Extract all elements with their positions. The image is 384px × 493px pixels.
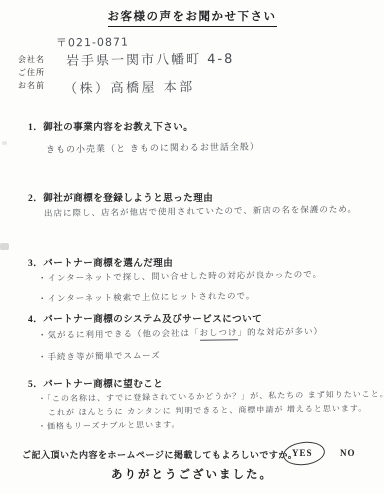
customer-feedback-form-scan: お客様の声をお聞かせ下さい 〒021-0871 会社名 ご住所 お名前 岩手県一… xyxy=(0,0,384,493)
publish-consent-question: ご記入頂いた内容をホームページに掲載してもよろしいですか。 xyxy=(22,448,297,461)
question-5-label: 5．パートナー商標に望むこと xyxy=(28,376,163,390)
question-3-label: 3．パートナー商標を選んだ理由 xyxy=(28,255,173,269)
thanks-message: ありがとうございました。 xyxy=(0,466,384,482)
q4-answer-underlined-word: おしつけ xyxy=(199,328,237,341)
question-1-answer: きもの小売業（と きものに関わるお世話全般） xyxy=(46,140,260,156)
form-title: お客様の声をお聞かせ下さい xyxy=(0,8,384,27)
question-1-label: 1．御社の事業内容をお教え下さい。 xyxy=(28,119,193,133)
scan-artifact xyxy=(2,141,7,145)
question-4-answer-1: ・気がるに利用できる（他の会社は「おしつけ」的な対応が多い） xyxy=(38,325,323,341)
question-2-label: 2．御社が商標を登録しようと思った理由 xyxy=(28,190,213,204)
question-4-answer-2: ・手続き等が簡単でスムーズ xyxy=(38,349,161,363)
no-label: NO xyxy=(340,448,356,458)
form-title-text: お客様の声をお聞かせ下さい xyxy=(108,8,277,27)
no-option: NO xyxy=(340,448,356,458)
label-name: お名前 xyxy=(18,79,45,92)
question-5-answer-2: ・価格もリーズナブルと思います。 xyxy=(38,419,181,432)
question-2-answer: 出店に際し、店名が他店で使用されていたので、新店の名を保護のため。 xyxy=(44,203,357,219)
postal-code-handwritten: 〒021-0871 xyxy=(56,33,129,50)
company-name-handwritten: （株）高橋屋 本部 xyxy=(64,76,195,97)
address-handwritten: 岩手県一関市八幡町 4-8 xyxy=(66,48,235,69)
yes-option: YES xyxy=(292,448,313,458)
label-company-name: 会社名 xyxy=(18,53,45,66)
q4-answer-post: 」的な対応が多い） xyxy=(237,327,323,338)
label-address: ご住所 xyxy=(18,66,45,79)
question-3-answer-1: ・インターネットで探し、問い合せした時の対応が良かったので。 xyxy=(38,268,322,284)
question-5-answer-1: ・「この名称は、すでに登録されているかどうか？」が、私たちの まず知りたいこと。 xyxy=(38,389,384,405)
question-5-answer-1-continued: これが ほんとうに カンタンに 判明できると、商標申請が 増えると思います。 xyxy=(48,403,367,418)
scan-artifact xyxy=(0,243,9,250)
q4-answer-pre: ・気がるに利用できる（他の会社は「 xyxy=(38,329,200,341)
info-label-column: 会社名 ご住所 お名前 xyxy=(18,53,45,92)
yes-circled-mark xyxy=(282,440,326,468)
question-4-label: 4．パートナー商標のシステム及びサービスについて xyxy=(28,311,262,325)
question-3-answer-2: ・インターネット検索で上位にヒットされたので。 xyxy=(38,289,255,304)
